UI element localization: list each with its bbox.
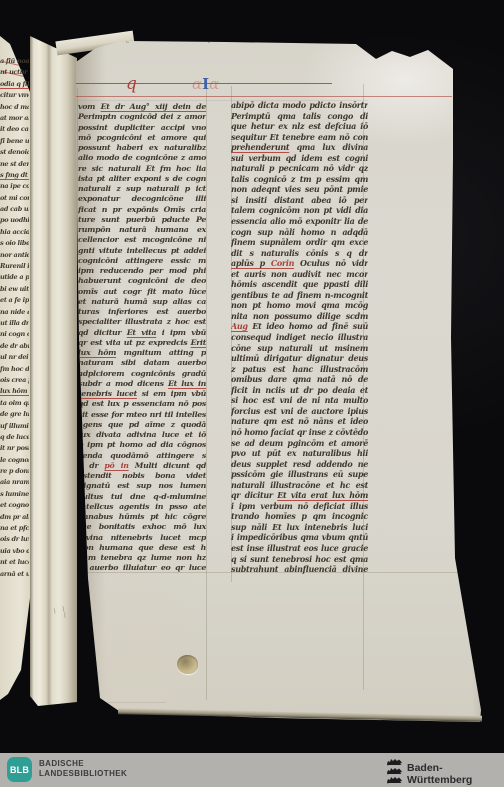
manuscript-text-segment: bi ew uitm xyxy=(0,285,29,293)
manuscript-text-segment: Et lux in xyxy=(168,379,206,388)
manuscript-text-segment: mgnitum atting p xyxy=(116,348,206,357)
manuscript-text-segment: intellcus agentis in psso ate xyxy=(78,502,206,511)
manuscript-text-segment: pssicōm gie illustrans eū supe xyxy=(231,469,368,479)
manuscript-line: si hoc est vni de ni nta multo xyxy=(231,395,368,406)
manuscript-text-segment: i impedicōribus qma vbum qntū xyxy=(231,532,368,542)
manuscript-text-segment: consequd indiget necio illustra xyxy=(231,332,368,342)
manuscript-text-segment: ficit in nciis ut dr po deaia et xyxy=(231,385,368,395)
manuscript-line: vom Et dr Aug° xiij dein de xyxy=(78,102,206,112)
manuscript-line: dit s naturalis cōnis s q dr xyxy=(231,248,368,259)
manuscript-text-segment: it deo ca q xyxy=(0,125,29,133)
manuscript-text-segment: possint dupliciter accipi vno xyxy=(78,123,206,132)
manuscript-line: omīs aut cogr fit mato lūce xyxy=(78,287,206,297)
manuscript-line: possunt haberi ex naturalibz xyxy=(78,143,206,153)
manuscript-line: forcius est vni de auctore ipius xyxy=(231,406,368,417)
manuscript-text-segment: ois dr lux xyxy=(0,535,29,543)
manuscript-text-segment: cōne sup naturali ut msinem xyxy=(231,343,368,353)
manuscript-line: re p donn xyxy=(0,466,29,477)
manuscript-line: Aug Et ideo homo ad finē suū xyxy=(231,321,368,332)
paraph-flourish: ɑ xyxy=(209,75,219,93)
manuscript-text-segment: vultus tui dne q-d-mlumine xyxy=(78,492,206,501)
manuscript-text-segment: ture sunt puerbū pducte Pe xyxy=(78,215,206,224)
manuscript-text-segment: na ipe cogn xyxy=(0,182,29,190)
manuscript-line: at mor alia xyxy=(0,113,29,124)
manuscript-text-segment: odia q fibr xyxy=(0,80,29,88)
manuscript-line: essencia alio mō exponitr lia de xyxy=(231,216,368,227)
manuscript-line: et a fe ip xyxy=(0,295,29,306)
manuscript-line: se ad deum pgincōm et amorē xyxy=(231,438,368,449)
manuscript-text-segment: et a fe ip xyxy=(0,296,29,304)
manuscript-text-segment: si em ipm vbū xyxy=(137,389,206,398)
manuscript-text-segment: z patus est hanc illustracōm xyxy=(231,364,368,374)
manuscript-line: pvo ut pūt ex naturalibus hii xyxy=(231,448,368,459)
manuscript-text-segment: ne st der ifa xyxy=(0,160,29,168)
blb-logo: BLB xyxy=(7,757,32,782)
manuscript-text-segment: prehenderunt xyxy=(231,142,289,152)
library-name-line1: BADISCHE xyxy=(39,759,127,769)
manuscript-text-segment: Et vita xyxy=(127,328,156,337)
manuscript-text-segment: adplciorem cognicōnis gradū xyxy=(78,369,206,378)
manuscript-line: it nr posit xyxy=(0,443,29,454)
manuscript-text-segment: subtrahunt abinfluenciā divine xyxy=(231,564,368,574)
ruling-line xyxy=(206,86,207,700)
manuscript-text-segment: sit esse for mteo nri til intelles xyxy=(78,410,206,419)
manuscript-line: aplūs p Corin Oculus nō vidr xyxy=(231,258,368,269)
manuscript-line: ot mi cor xyxy=(0,193,29,204)
manuscript-line: de dr abr xyxy=(0,341,29,352)
manuscript-line: agens que pd aīme z quodā xyxy=(78,420,206,430)
manuscript-line: et auris non audivit nec mcor xyxy=(231,269,368,280)
manuscript-text-segment: it nr posit xyxy=(0,444,29,452)
manuscript-text-segment: re p donn xyxy=(0,467,29,475)
manuscript-text-segment: specialiter illustrata z hoc est xyxy=(78,317,206,326)
manuscript-text-segment: gnti vitute intellecus pt addei xyxy=(78,246,206,255)
manuscript-text-segment: ficat n pr expōnis Omīs cria xyxy=(78,205,206,214)
quire-letter-mark: q xyxy=(126,74,137,94)
state-name: Baden-Württemberg xyxy=(407,762,504,786)
manuscript-text-segment: Et lux intenebris luci xyxy=(272,522,368,532)
manuscript-line: Signatū est sup nos lumen xyxy=(78,481,206,491)
manuscript-text-segment: qma lux divina xyxy=(289,142,368,152)
manuscript-line: finem supnālem ordir qm exce xyxy=(231,237,368,248)
manuscript-text-segment: nita non possumo dilige scdm xyxy=(231,311,368,321)
manuscript-text-segment: ois crea pt xyxy=(0,376,29,384)
manuscript-page: q ɑIɑ c · ı · vom Et dr Aug° xiij dein d… xyxy=(76,38,486,722)
manuscript-line: annabus hūmis pt hic cōgre xyxy=(78,512,206,522)
manuscript-line: na ipe cogn xyxy=(0,181,29,192)
manuscript-line: naturam sibi datam auerbo xyxy=(78,358,206,368)
manuscript-text-segment: cognicōni attingere essic m xyxy=(78,256,206,265)
manuscript-line: rumpōn naturā humana ex xyxy=(78,225,206,235)
manuscript-text-segment: s fmg dt n xyxy=(0,171,29,179)
manuscript-line: ois dr lux xyxy=(0,534,29,545)
manuscript-line: dam tenebra qz lume non hz xyxy=(78,553,206,563)
manuscript-line: Perimptn cognicōd dei z amor xyxy=(78,112,206,122)
manuscript-line: ficat n pr expōnis Omīs cria xyxy=(78,205,206,215)
text-column-left: vom Et dr Aug° xiij dein dePerimptn cogn… xyxy=(78,102,206,574)
manuscript-text-segment: possunt haberi ex naturalibz xyxy=(78,143,206,152)
manuscript-text-segment: fm hoc da xyxy=(0,365,29,373)
manuscript-text-segment: non humana que dese est h xyxy=(78,543,206,552)
manuscript-line: p ipm pt homo ad dia cōgnos xyxy=(78,440,206,450)
manuscript-text-segment: lux hōm i xyxy=(0,387,29,395)
manuscript-line: naturali p pecnicam nō vidr qz xyxy=(231,163,368,174)
manuscript-text-segment: si auerbo illuiatur eo qr luce xyxy=(78,563,206,572)
manuscript-line: qd dicitur Et vita i ipm vbū xyxy=(78,328,206,338)
manuscript-line: nita non possumo dilige scdm xyxy=(231,311,368,322)
manuscript-line: s fmg dt n xyxy=(0,170,29,181)
manuscript-line: arnā et ua xyxy=(0,569,29,580)
manuscript-text-segment: Et vita erat lux hōm xyxy=(277,490,368,500)
manuscript-line: non humana que dese est h xyxy=(78,543,206,553)
manuscript-line: ni cogn oi xyxy=(0,329,29,340)
manuscript-text-segment: q dr xyxy=(78,461,104,470)
manuscript-text-segment: lux divata adivina luce et iō xyxy=(78,430,206,439)
manuscript-line: i impedicōribus qma vbum qntū xyxy=(231,532,368,543)
manuscript-text-segment: lux hōm xyxy=(78,348,116,357)
manuscript-line: gentibus te ad finem n-mcognit xyxy=(231,290,368,301)
manuscript-line: uia vbo dr xyxy=(0,546,29,557)
manuscript-line: le cognos xyxy=(0,455,29,466)
manuscript-line: ad cab uli q xyxy=(0,204,29,215)
manuscript-text-segment: ostendit nobis bona videt xyxy=(78,471,206,480)
manuscript-line: s oio liber xyxy=(0,238,29,249)
manuscript-text-segment: ista pt aliter exponi s de cogn xyxy=(78,174,206,183)
manuscript-text-segment: forcius est vni de auctore ipius xyxy=(231,406,368,416)
ruling-line xyxy=(80,702,166,703)
paraph-mark: ɑIɑ xyxy=(192,75,219,93)
manuscript-text-segment: et auris non audivit nec mcor xyxy=(231,269,368,279)
manuscript-line: cenda quodāmō attingere s xyxy=(78,451,206,461)
manuscript-line: st denoiabr xyxy=(0,147,29,158)
manuscript-text-segment: ot mi cor xyxy=(0,194,29,202)
manuscript-text-segment: s oio liber xyxy=(0,239,29,247)
manuscript-text-segment: Corin xyxy=(271,258,294,268)
manuscript-text-segment: citur vnw xyxy=(0,91,29,99)
manuscript-line: si auerbo illuiatur eo qr luce xyxy=(78,563,206,573)
manuscript-line: tenebris lucet si em ipm vbū xyxy=(78,389,206,399)
manuscript-line: talem cognicōm non pt vidi dia xyxy=(231,205,368,216)
manuscript-line: sequitur Et tenebre eam nō con xyxy=(231,132,368,143)
manuscript-line: it deo ca q xyxy=(0,124,29,135)
baden-wuerttemberg-arms-icon xyxy=(386,757,403,784)
manuscript-line: ista pt aliter exponi s de cogn xyxy=(78,174,206,184)
manuscript-line: ne st der ifa xyxy=(0,159,29,170)
manuscript-line: naturali illustracōne et hc est xyxy=(231,480,368,491)
manuscript-line: q dr pō in Multi dicunt qd xyxy=(78,461,206,471)
manuscript-text-segment: ul nr dei q xyxy=(0,353,29,361)
manuscript-line: dm pr alia xyxy=(0,512,29,523)
manuscript-line: ficit in nciis ut dr po deaia et xyxy=(231,385,368,396)
manuscript-line: qd est lux p essenciam nō pos xyxy=(78,399,206,409)
manuscript-text-segment: finem supnālem ordir qm exce xyxy=(231,237,368,247)
manuscript-text-segment: Aug xyxy=(231,321,248,331)
manuscript-line: subtrahunt abinfluenciā divine xyxy=(231,564,368,575)
manuscript-text-segment: utide a pbi xyxy=(0,273,29,281)
manuscript-text-segment: divina nitenebris lucet mcp xyxy=(78,533,206,542)
manuscript-text-segment: Oculus nō vidr xyxy=(294,258,368,268)
manuscript-line: qr est vita ut pz expredcis Erit xyxy=(78,338,206,348)
manuscript-text-segment: qr dicitur xyxy=(231,490,277,500)
manuscript-line: abipō dicta modo pdicto insōrtr xyxy=(231,100,368,111)
manuscript-line: ture sunt puerbū pducte Pe xyxy=(78,215,206,225)
manuscript-line: s lumine xyxy=(0,489,29,500)
manuscript-line: cōne sup naturali ut msinem xyxy=(231,343,368,354)
manuscript-text-segment: omibus dare qma natā nō de xyxy=(231,374,368,384)
manuscript-line: qr dicitur Et vita erat lux hōm xyxy=(231,490,368,501)
manuscript-text-segment: ultimū dirigatur dignatur deus xyxy=(231,353,368,363)
manuscript-text-segment: abipō dicta modo pdicto insōrtr xyxy=(231,100,368,110)
manuscript-text-segment: a fiū noabr xyxy=(0,57,29,65)
manuscript-line: nor antid xyxy=(0,250,29,261)
manuscript-text-segment: nature qm est nō nāns et ideo xyxy=(231,416,368,426)
manuscript-line: odia q fibr xyxy=(0,79,29,90)
manuscript-line: ut illa dr xyxy=(0,318,29,329)
manuscript-text-segment: hoc d mag xyxy=(0,103,29,111)
manuscript-text-segment: essencia alio mō exponitr lia de xyxy=(231,216,368,226)
manuscript-text-segment: ni cogn oi xyxy=(0,330,29,338)
manuscript-line: subdr a mod dicens Et lux in xyxy=(78,379,206,389)
manuscript-line: i ipm verbum nō deficiat illus xyxy=(231,501,368,512)
manuscript-text-segment: agens que pd aīme z quodā xyxy=(78,420,206,429)
manuscript-line: nature qm est nō nāns et ideo xyxy=(231,416,368,427)
manuscript-text-segment: Perimptn cognicōd dei z amor xyxy=(78,112,206,121)
manuscript-text-segment: naturali p pecnicam nō vidr qz xyxy=(231,163,368,173)
manuscript-line: lux hōm mgnitum atting p xyxy=(78,348,206,358)
manuscript-text-segment: arnā et ua xyxy=(0,570,29,578)
manuscript-text-segment: cellencior est mcognicōne ni xyxy=(78,235,206,244)
manuscript-line: ta oim qz xyxy=(0,398,29,409)
manuscript-line: tue bonitatis exhoc mō lux xyxy=(78,522,206,532)
manuscript-line: turas inferiores est auerbo xyxy=(78,307,206,317)
manuscript-line: nō homo faciat qr inse z cōvtēdo xyxy=(231,427,368,438)
manuscript-text-segment: vom xyxy=(78,102,101,111)
manuscript-line: ois crea pt xyxy=(0,375,29,386)
manuscript-line: utide a pbi xyxy=(0,272,29,283)
manuscript-text-segment: aia nram xyxy=(0,478,29,486)
manuscript-line: fi bene uta xyxy=(0,136,29,147)
manuscript-line: citur vnw xyxy=(0,90,29,101)
manuscript-line: lux divata adivina luce et iō xyxy=(78,430,206,440)
manuscript-line: vultus tui dne q-d-mlumine xyxy=(78,492,206,502)
manuscript-line: gnti vitute intellecus pt addei xyxy=(78,246,206,256)
manuscript-text-segment: nō homo faciat qr inse z cōvtēdo xyxy=(231,427,368,437)
tiny-top-mark: · ı · xyxy=(204,38,214,45)
manuscript-text-segment: naturam sibi datam auerbo xyxy=(78,358,206,367)
manuscript-text-segment: si insiti distant abea iō per xyxy=(231,195,368,205)
manuscript-line: bi ew uitm xyxy=(0,284,29,295)
manuscript-text-segment: Et tenebre eam nō con xyxy=(270,132,368,142)
manuscript-text-segment: se ad deum pgincōm et amorē xyxy=(231,438,368,448)
manuscript-line: et cognoe xyxy=(0,500,29,511)
library-name: BADISCHE LANDESBIBLIOTHEK xyxy=(39,759,127,779)
manuscript-text-segment: et cognoe xyxy=(0,501,29,509)
manuscript-line: de gre luce xyxy=(0,409,29,420)
manuscript-text-segment: q si sunt tenebrosi hoc est qma xyxy=(231,554,368,564)
manuscript-text-segment: cenda quodāmō attingere s xyxy=(78,451,206,460)
manuscript-text-segment: i ipm verbum nō deficiat illus xyxy=(231,501,368,511)
manuscript-text-segment: pvo ut pūt ex naturalibus hii xyxy=(231,448,368,458)
manuscript-text-segment: trando homīes p qm incognic xyxy=(231,511,368,521)
manuscript-text-segment: rumpōn naturā humana ex xyxy=(78,225,206,234)
manuscript-line: Rurenil ipi xyxy=(0,261,29,272)
manuscript-line: alio modo de cognicōne z amo xyxy=(78,153,206,163)
manuscript-line: uf illumiat xyxy=(0,421,29,432)
manuscript-line: po uodhiy xyxy=(0,215,29,226)
manuscript-text-segment: nor antid xyxy=(0,251,29,259)
manuscript-line: nt uctbr ao xyxy=(0,67,29,78)
manuscript-text-segment: habuerunt cognicōni de deo xyxy=(78,276,206,285)
manuscript-text-segment: si hoc est vni de ni nta multo xyxy=(231,395,368,405)
manuscript-line: na et pfca xyxy=(0,523,29,534)
manuscript-line: consequd indiget necio illustra xyxy=(231,332,368,343)
manuscript-line: trando homīes p qm incognic xyxy=(231,511,368,522)
manuscript-text-segment: omīs aut cogr fit mato lūce xyxy=(78,287,206,296)
parchment-hole xyxy=(177,655,198,674)
manuscript-text-segment: tenebris lucet xyxy=(78,389,137,398)
manuscript-line: cogn sup nāli homo n adqdā xyxy=(231,227,368,238)
manuscript-text-segment: Et dr Aug° xiij dein de xyxy=(101,102,206,111)
manuscript-line: fm hoc da xyxy=(0,364,29,375)
manuscript-text-segment: aplūs p xyxy=(231,258,271,268)
manuscript-text-segment: na et pfca xyxy=(0,524,29,532)
manuscript-text-segment: Signatū est sup nos lumen xyxy=(78,481,206,490)
manuscript-line: ul nr dei q xyxy=(0,352,29,363)
manuscript-line: sui verbum qd idem est cogni xyxy=(231,153,368,164)
manuscript-text-segment: dam tenebra qz lume non hz xyxy=(78,553,206,562)
manuscript-text-segment: hia accidit xyxy=(0,228,29,236)
manuscript-line: mō pcognicōni et amore qui xyxy=(78,133,206,143)
manuscript-line: divina nitenebris lucet mcp xyxy=(78,533,206,543)
manuscript-text-segment: sup nāli xyxy=(231,522,272,532)
manuscript-line: ultimū dirigatur dignatur deus xyxy=(231,353,368,364)
manuscript-line: a fiū noabr xyxy=(0,56,29,67)
manuscript-text-segment: dm pr alia xyxy=(0,513,29,521)
manuscript-text-segment: exponatur decognicōne illi xyxy=(78,194,206,203)
manuscript-text-segment: i ipm vbū xyxy=(156,328,206,337)
manuscript-text-segment: nt et luce xyxy=(0,558,29,566)
manuscript-line: non pt homo movi qma mcōg xyxy=(231,300,368,311)
manuscript-text-segment: cogn sup nāli homo n adqdā xyxy=(231,227,368,237)
manuscript-line: na nide q xyxy=(0,307,29,318)
manuscript-text-segment: non adeqnt vies seu pōnt pmie xyxy=(231,184,368,194)
manuscript-line: hoc d mag xyxy=(0,102,29,113)
manuscript-line: hia accidit xyxy=(0,227,29,238)
manuscript-text-segment: at mor alia xyxy=(0,114,29,122)
red-ruled-line-lower xyxy=(76,96,452,97)
manuscript-text-segment: re sic naturali Et fm hoc lia xyxy=(78,164,206,173)
manuscript-text-segment: q de luce ve xyxy=(0,433,29,441)
manuscript-text-segment: nt uctbr ao xyxy=(0,68,29,76)
manuscript-text-segment: fi bene uta xyxy=(0,137,29,145)
text-column-right: abipō dicta modo pdicto insōrtrPerimptū … xyxy=(231,100,368,575)
manuscript-line: habuerunt cognicōni de deo xyxy=(78,276,206,286)
manuscript-line: omibus dare qma natā nō de xyxy=(231,374,368,385)
manuscript-text-segment: hōmis ascendit que ppasti dili xyxy=(231,279,368,289)
manuscript-text-segment: tue bonitatis exhoc mō lux xyxy=(78,522,206,531)
manuscript-text-segment: pō in xyxy=(104,461,128,470)
manuscript-text-segment: ta oim qz xyxy=(0,399,29,407)
manuscript-text-segment: alio modo de cognicōne z amo xyxy=(78,153,206,162)
manuscript-line: Perimptū qma talis congo di xyxy=(231,111,368,122)
manuscript-line: naturali z sup naturali p ict xyxy=(78,184,206,194)
manuscript-text-segment: naturali z sup naturali p ict xyxy=(78,184,206,193)
footer-bar: BLB BADISCHE LANDESBIBLIOTHEK Baden-Würt… xyxy=(0,753,504,787)
manuscript-text-segment: ut illa dr xyxy=(0,319,29,327)
manuscript-line: q si sunt tenebrosi hoc est qma xyxy=(231,554,368,565)
manuscript-text-segment: dit s naturalis cōnis s q dr xyxy=(231,248,368,258)
library-name-line2: LANDESBIBLIOTHEK xyxy=(39,769,127,779)
manuscript-line: sup nāli Et lux intenebris luci xyxy=(231,522,368,533)
manuscript-text-segment: Et ideo homo ad finē suū xyxy=(248,321,368,331)
manuscript-line: prehenderunt qma lux divina xyxy=(231,142,368,153)
manuscript-line: cognicōni attingere essic m xyxy=(78,256,206,266)
manuscript-text-segment: Rurenil ipi xyxy=(0,262,29,270)
manuscript-text-segment: sequitur xyxy=(231,132,270,142)
manuscript-text-segment: non pt homo movi qma mcōg xyxy=(231,300,368,310)
manuscript-line: cellencior est mcognicōne ni xyxy=(78,235,206,245)
manuscript-line: et naturā humā sup alias ca xyxy=(78,297,206,307)
manuscript-text-segment: talem cognicōm non pt vidi dia xyxy=(231,205,368,215)
manuscript-line: re sic naturali Et fm hoc lia xyxy=(78,164,206,174)
manuscript-line: deus supplet resd addendo ne xyxy=(231,459,368,470)
manuscript-line: hōmis ascendit que ppasti dili xyxy=(231,279,368,290)
manuscript-text-segment: Multi dicunt qd xyxy=(129,461,206,470)
manuscript-line: est inse illustrat eos luce gracie xyxy=(231,543,368,554)
manuscript-line: que hetur ex nlz est defciua iō xyxy=(231,121,368,132)
manuscript-text-segment: que hetur ex nlz est defciua iō xyxy=(231,121,368,131)
manuscript-line: lux hōm i xyxy=(0,386,29,397)
manuscript-line: specialiter illustrata z hoc est xyxy=(78,317,206,327)
photo-stage: a fiū noabrnt uctbr aoodia q fibrcitur v… xyxy=(0,0,504,787)
manuscript-text-segment: sui verbum qd idem est cogni xyxy=(231,153,368,163)
manuscript-text-segment: deus supplet resd addendo ne xyxy=(231,459,368,469)
manuscript-text-segment: ad cab uli q xyxy=(0,205,29,213)
manuscript-text-segment: naturali illustracōne et hc est xyxy=(231,480,368,490)
manuscript-text-segment: ipm reducendo per mod phi xyxy=(78,266,206,275)
facing-page-text: a fiū noabrnt uctbr aoodia q fibrcitur v… xyxy=(0,56,29,580)
manuscript-line: z patus est hanc illustracōm xyxy=(231,364,368,375)
manuscript-text-segment: po uodhiy xyxy=(0,216,29,224)
manuscript-text-segment: uf illumiat xyxy=(0,422,29,430)
manuscript-line: q de luce ve xyxy=(0,432,29,443)
manuscript-line: aia nram xyxy=(0,477,29,488)
manuscript-line: ipm reducendo per mod phi xyxy=(78,266,206,276)
manuscript-text-segment: Erit xyxy=(191,338,206,347)
manuscript-line: sit esse for mteo nri til intelles xyxy=(78,410,206,420)
manuscript-line: adplciorem cognicōnis gradū xyxy=(78,369,206,379)
manuscript-text-segment: qd est lux p essenciam nō pos xyxy=(78,399,206,408)
manuscript-text-segment: le cognos xyxy=(0,456,29,464)
manuscript-text-segment: mō pcognicōni et amore qui xyxy=(78,133,206,142)
manuscript-text-segment: est inse illustrat eos luce gracie xyxy=(231,543,368,553)
manuscript-text-segment: de dr abr xyxy=(0,342,29,350)
manuscript-text-segment: de gre luce xyxy=(0,410,29,418)
manuscript-text-segment: qd dicitur xyxy=(78,328,127,337)
manuscript-line: non adeqnt vies seu pōnt pmie xyxy=(231,184,368,195)
manuscript-text-segment: na nide q xyxy=(0,308,29,316)
manuscript-line: possint dupliciter accipi vno xyxy=(78,123,206,133)
paraph-flourish: ɑ xyxy=(192,75,202,93)
manuscript-line: intellcus agentis in psso ate xyxy=(78,502,206,512)
manuscript-text-segment: et naturā humā sup alias ca xyxy=(78,297,206,306)
manuscript-line: talis cognicō z tm p essim qm xyxy=(231,174,368,185)
manuscript-text-segment: s lumine xyxy=(0,490,29,498)
manuscript-text-segment: uia vbo dr xyxy=(0,547,29,555)
manuscript-text-segment: gentibus te ad finem n-mcognit xyxy=(231,290,368,300)
manuscript-text-segment: subdr a mod dicens xyxy=(78,379,168,388)
manuscript-text-segment: Perimptū qma talis congo di xyxy=(231,111,368,121)
